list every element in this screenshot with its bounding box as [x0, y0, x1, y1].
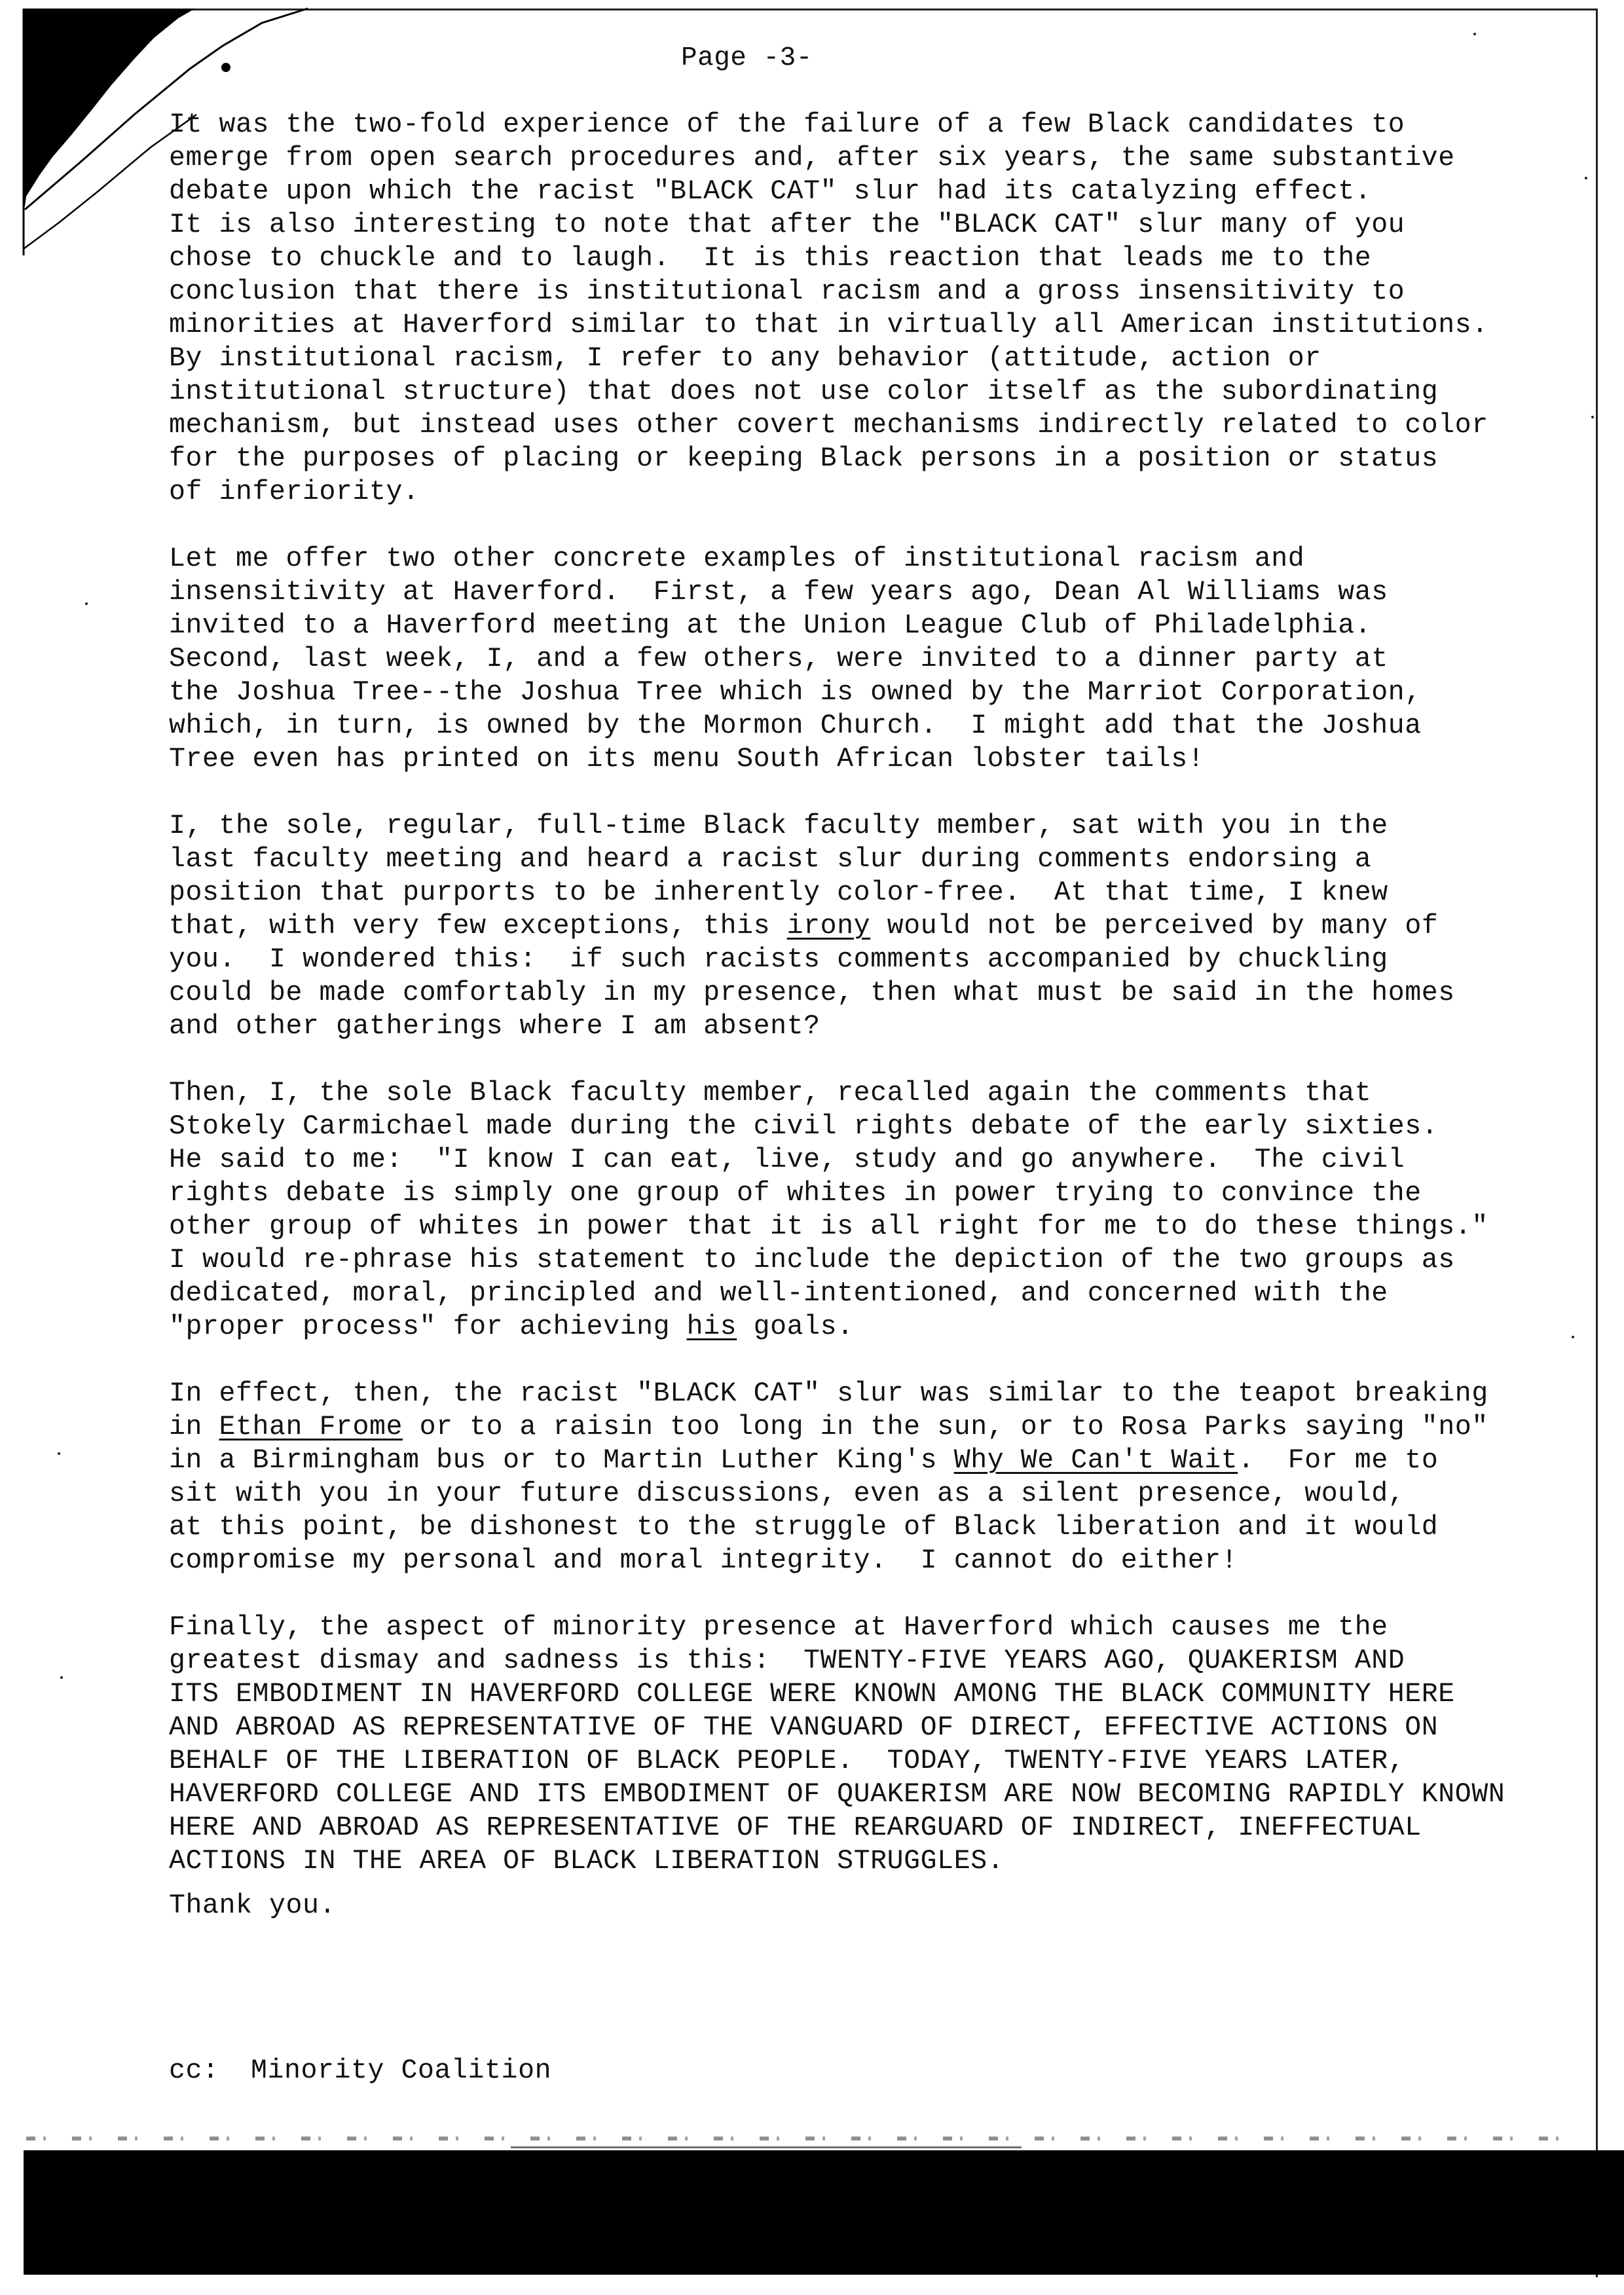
- text-run: mechanism, but instead uses other covert…: [169, 410, 1488, 441]
- text-line: minorities at Haverford similar to that …: [169, 308, 1544, 342]
- text-run: Then, I, the sole Black faculty member, …: [169, 1078, 1371, 1109]
- text-line: "proper process" for achieving his goals…: [169, 1310, 1544, 1344]
- text-line: dedicated, moral, principled and well-in…: [169, 1277, 1544, 1310]
- text-line: mechanism, but instead uses other covert…: [169, 409, 1544, 442]
- text-line: Stokely Carmichael made during the civil…: [169, 1110, 1544, 1143]
- text-run: position that purports to be inherently …: [169, 877, 1388, 908]
- text-line: compromise my personal and moral integri…: [169, 1544, 1544, 1577]
- text-run: last faculty meeting and heard a racist …: [169, 844, 1371, 875]
- text-run: ACTIONS IN THE AREA OF BLACK LIBERATION …: [169, 1846, 1004, 1877]
- text-line: insensitivity at Haverford. First, a few…: [169, 576, 1544, 609]
- text-run: you. I wondered this: if such racists co…: [169, 944, 1388, 975]
- text-line: I would re-phrase his statement to inclu…: [169, 1243, 1544, 1277]
- text-line: HERE AND ABROAD AS REPRESENTATIVE OF THE…: [169, 1811, 1544, 1845]
- text-run: HAVERFORD COLLEGE AND ITS EMBODIMENT OF …: [169, 1779, 1505, 1810]
- text-line: rights debate is simply one group of whi…: [169, 1177, 1544, 1210]
- text-line: ITS EMBODIMENT IN HAVERFORD COLLEGE WERE…: [169, 1678, 1544, 1711]
- text-run: He said to me: "I know I can eat, live, …: [169, 1145, 1405, 1175]
- text-run: sit with you in your future discussions,…: [169, 1478, 1405, 1509]
- text-run: insensitivity at Haverford. First, a few…: [169, 577, 1388, 608]
- text-run: AND ABROAD AS REPRESENTATIVE OF THE VANG…: [169, 1712, 1438, 1743]
- text-line: sit with you in your future discussions,…: [169, 1477, 1544, 1511]
- text-run: the Joshua Tree--the Joshua Tree which i…: [169, 677, 1422, 708]
- text-line: In effect, then, the racist "BLACK CAT" …: [169, 1377, 1544, 1410]
- underlined-title: his: [687, 1312, 737, 1342]
- text-run: Second, last week, I, and a few others, …: [169, 644, 1388, 674]
- text-run: for the purposes of placing or keeping B…: [169, 443, 1438, 474]
- text-run: Finally, the aspect of minority presence…: [169, 1612, 1388, 1643]
- text-run: BEHALF OF THE LIBERATION OF BLACK PEOPLE…: [169, 1746, 1405, 1776]
- cc-label: cc:: [169, 2055, 251, 2087]
- text-run: in: [169, 1412, 219, 1442]
- text-run: I would re-phrase his statement to inclu…: [169, 1245, 1455, 1276]
- text-line: could be made comfortably in my presence…: [169, 976, 1544, 1010]
- text-run: Stokely Carmichael made during the civil…: [169, 1111, 1438, 1142]
- text-run: or to a raisin too long in the sun, or t…: [403, 1412, 1488, 1442]
- paragraph: I, the sole, regular, full-time Black fa…: [169, 809, 1544, 1043]
- scan-speck: [1585, 177, 1587, 179]
- text-line: emerge from open search procedures and, …: [169, 141, 1544, 175]
- text-line: Then, I, the sole Black faculty member, …: [169, 1076, 1544, 1110]
- text-line: HAVERFORD COLLEGE AND ITS EMBODIMENT OF …: [169, 1778, 1544, 1811]
- text-run: institutional structure) that does not u…: [169, 376, 1438, 407]
- text-line: chose to chuckle and to laugh. It is thi…: [169, 242, 1544, 275]
- scan-speck: [60, 1676, 63, 1679]
- text-line: BEHALF OF THE LIBERATION OF BLACK PEOPLE…: [169, 1744, 1544, 1778]
- text-run: Tree even has printed on its menu South …: [169, 744, 1204, 775]
- text-line: in a Birmingham bus or to Martin Luther …: [169, 1444, 1544, 1477]
- text-line: you. I wondered this: if such racists co…: [169, 943, 1544, 976]
- text-run: "proper process" for achieving: [169, 1312, 687, 1342]
- text-run: of inferiority.: [169, 477, 420, 507]
- text-line: It was the two-fold experience of the fa…: [169, 108, 1544, 141]
- scan-speck: [1591, 416, 1594, 418]
- text-run: would not be perceived by many of: [870, 911, 1438, 942]
- text-line: the Joshua Tree--the Joshua Tree which i…: [169, 676, 1544, 709]
- text-run: at this point, be dishonest to the strug…: [169, 1512, 1438, 1543]
- text-run: ITS EMBODIMENT IN HAVERFORD COLLEGE WERE…: [169, 1679, 1455, 1710]
- scan-speck: [1473, 33, 1476, 35]
- text-line: invited to a Haverford meeting at the Un…: [169, 609, 1544, 642]
- cc-recipient: Minority Coalition: [251, 2055, 551, 2086]
- scan-speck: [58, 1452, 60, 1455]
- text-line: greatest dismay and sadness is this: TWE…: [169, 1644, 1544, 1678]
- text-line: Finally, the aspect of minority presence…: [169, 1611, 1544, 1644]
- text-line: in Ethan Frome or to a raisin too long i…: [169, 1410, 1544, 1444]
- scan-black-band: [24, 2150, 1624, 2275]
- text-run: and other gatherings where I am absent?: [169, 1011, 821, 1042]
- text-run: Let me offer two other concrete examples…: [169, 543, 1304, 574]
- scan-speck: [1572, 1336, 1574, 1338]
- letter-body: It was the two-fold experience of the fa…: [169, 108, 1544, 1911]
- text-run: It is also interesting to note that afte…: [169, 210, 1405, 240]
- text-run: could be made comfortably in my presence…: [169, 978, 1455, 1008]
- text-run: greatest dismay and sadness is this: TWE…: [169, 1645, 1405, 1676]
- text-run: conclusion that there is institutional r…: [169, 276, 1405, 307]
- text-line: Tree even has printed on its menu South …: [169, 743, 1544, 776]
- paragraph: In effect, then, the racist "BLACK CAT" …: [169, 1377, 1544, 1577]
- text-line: AND ABROAD AS REPRESENTATIVE OF THE VANG…: [169, 1711, 1544, 1744]
- text-run: debate upon which the racist "BLACK CAT"…: [169, 176, 1371, 207]
- text-line: which, in turn, is owned by the Mormon C…: [169, 709, 1544, 743]
- text-run: other group of whites in power that it i…: [169, 1211, 1488, 1242]
- text-run: emerge from open search procedures and, …: [169, 143, 1455, 174]
- text-run: chose to chuckle and to laugh. It is thi…: [169, 243, 1371, 274]
- text-line: position that purports to be inherently …: [169, 876, 1544, 909]
- scan-noise-line: [511, 2146, 1022, 2148]
- page-number-header: Page -3-: [681, 43, 813, 73]
- paragraph: Let me offer two other concrete examples…: [169, 542, 1544, 776]
- text-run: invited to a Haverford meeting at the Un…: [169, 610, 1371, 641]
- paragraph: Then, I, the sole Black faculty member, …: [169, 1076, 1544, 1344]
- text-line: that, with very few exceptions, this iro…: [169, 909, 1544, 943]
- text-run: goals.: [737, 1312, 854, 1342]
- paragraph: It was the two-fold experience of the fa…: [169, 108, 1544, 509]
- text-run: In effect, then, the racist "BLACK CAT" …: [169, 1378, 1488, 1409]
- text-run: compromise my personal and moral integri…: [169, 1545, 1238, 1576]
- closing-line: Thank you.: [169, 1889, 336, 1922]
- text-line: other group of whites in power that it i…: [169, 1210, 1544, 1243]
- text-line: at this point, be dishonest to the strug…: [169, 1511, 1544, 1544]
- text-run: that, with very few exceptions, this: [169, 911, 787, 942]
- text-line: and other gatherings where I am absent?: [169, 1010, 1544, 1043]
- text-line: Let me offer two other concrete examples…: [169, 542, 1544, 576]
- scan-noise-line: [26, 2137, 1559, 2140]
- text-line: debate upon which the racist "BLACK CAT"…: [169, 175, 1544, 208]
- text-line: of inferiority.: [169, 475, 1544, 509]
- text-run: minorities at Haverford similar to that …: [169, 310, 1488, 340]
- paragraph: Finally, the aspect of minority presence…: [169, 1611, 1544, 1878]
- text-line: institutional structure) that does not u…: [169, 375, 1544, 409]
- text-run: HERE AND ABROAD AS REPRESENTATIVE OF THE…: [169, 1812, 1422, 1843]
- scan-speck: [85, 602, 88, 605]
- text-run: By institutional racism, I refer to any …: [169, 343, 1321, 374]
- text-run: . For me to: [1238, 1445, 1438, 1476]
- text-run: in a Birmingham bus or to Martin Luther …: [169, 1445, 954, 1476]
- text-line: ACTIONS IN THE AREA OF BLACK LIBERATION …: [169, 1845, 1544, 1878]
- underlined-title: Why We Can't Wait: [954, 1445, 1238, 1476]
- text-line: I, the sole, regular, full-time Black fa…: [169, 809, 1544, 843]
- cc-line-1: cc:Minority Coalition: [169, 2055, 551, 2087]
- text-line: last faculty meeting and heard a racist …: [169, 843, 1544, 876]
- text-line: conclusion that there is institutional r…: [169, 275, 1544, 308]
- text-run: rights debate is simply one group of whi…: [169, 1178, 1422, 1209]
- text-line: Second, last week, I, and a few others, …: [169, 642, 1544, 676]
- underlined-title: irony: [787, 911, 871, 942]
- text-run: It was the two-fold experience of the fa…: [169, 109, 1405, 140]
- text-line: By institutional racism, I refer to any …: [169, 342, 1544, 375]
- text-line: It is also interesting to note that afte…: [169, 208, 1544, 242]
- text-line: for the purposes of placing or keeping B…: [169, 442, 1544, 475]
- text-run: dedicated, moral, principled and well-in…: [169, 1278, 1388, 1309]
- text-line: He said to me: "I know I can eat, live, …: [169, 1143, 1544, 1177]
- text-run: I, the sole, regular, full-time Black fa…: [169, 811, 1388, 841]
- text-run: which, in turn, is owned by the Mormon C…: [169, 710, 1422, 741]
- underlined-title: Ethan Frome: [219, 1412, 403, 1442]
